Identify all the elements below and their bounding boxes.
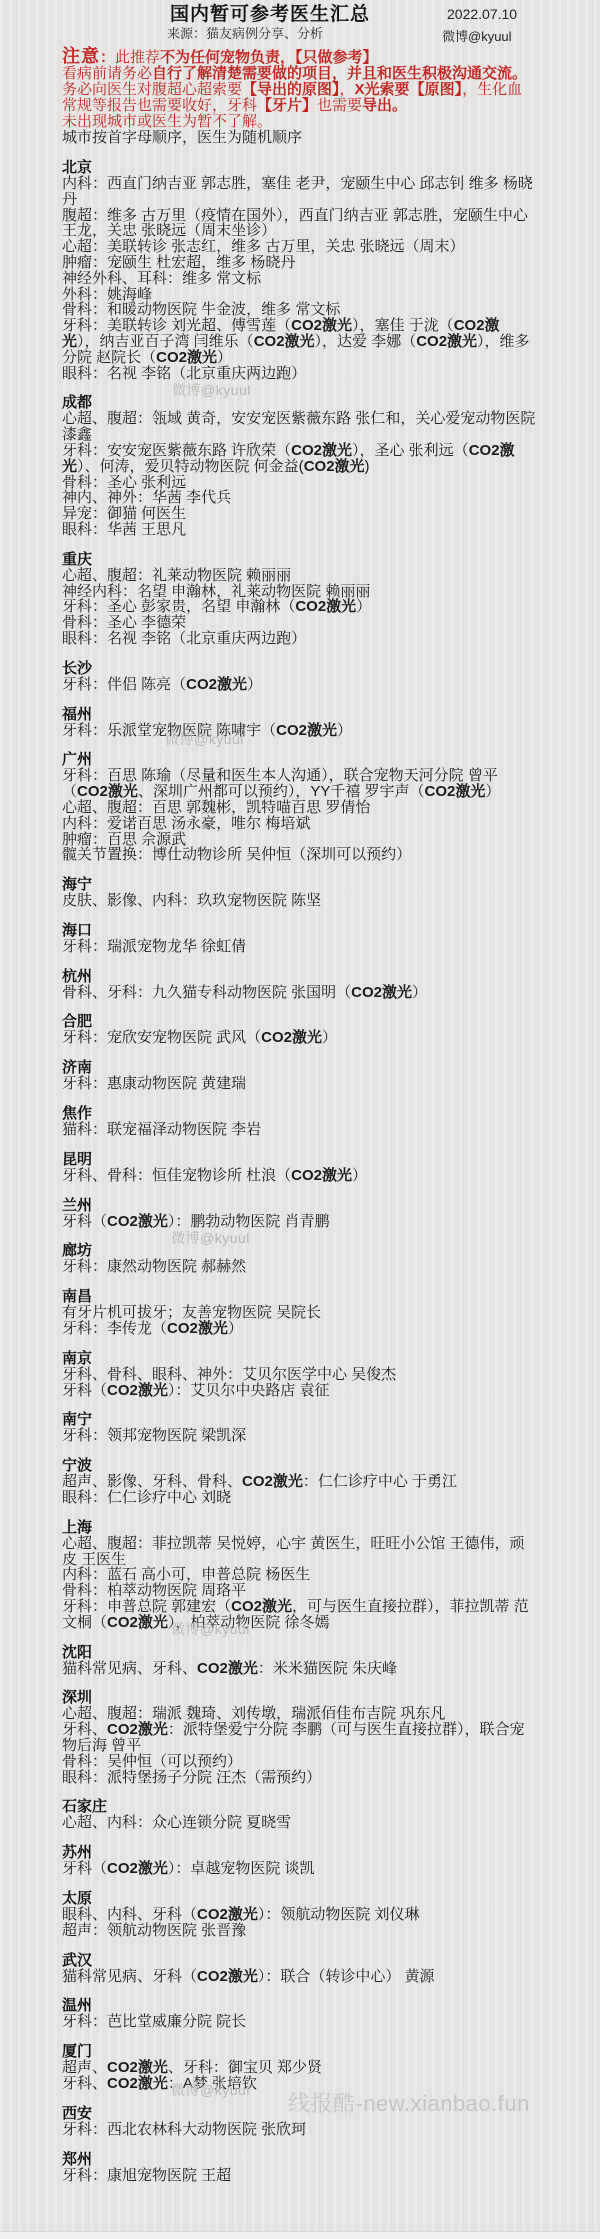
- doctor-line: 心超、腹超：百思 郭魏彬，凯特喵百思 罗倩怡: [62, 800, 536, 816]
- doctor-line: 猫科常见病、牙科（CO2激光）：联合（转诊中心） 黄源: [62, 1969, 536, 1985]
- doctor-line: 内科：西直门纳吉亚 郭志胜，塞佳 老尹，宠颐生中心 邱志钊 维多 杨晓丹: [62, 176, 536, 208]
- doctor-line: 牙科（CO2激光）：艾贝尔中央路店 袁征: [62, 1383, 536, 1399]
- city-section: 昆明牙科、骨科：恒佳宠物诊所 杜浪（CO2激光）: [62, 1152, 536, 1184]
- notice-paragraph: 未出现城市或医生为暂不了解。: [62, 114, 536, 130]
- city-section: 石家庄心超、内科：众心连锁分院 夏晓雪: [62, 1799, 536, 1831]
- doctor-line: 有牙片机可拔牙；友善宠物医院 吴院长: [62, 1305, 536, 1321]
- doctor-line: 心超、腹超：礼莱动物医院 赖丽丽: [62, 568, 536, 584]
- city-section: 武汉猫科常见病、牙科（CO2激光）：联合（转诊中心） 黄源: [62, 1953, 536, 1985]
- city-section: 成都心超、腹超：瓴域 黄奇，安安宠医紫薇东路 张仁和，关心爱宠动物医院 漆鑫牙科…: [62, 395, 536, 537]
- notice: 注意：此推荐不为任何宠物负责，【只做参考】看病前请务必自行了解清楚需要做的项目，…: [62, 48, 536, 130]
- sort-note: 城市按首字母顺序，医生为随机顺序: [62, 130, 536, 146]
- doctor-line: 牙科：领邦宠物医院 梁凯深: [62, 1428, 536, 1444]
- doctor-line: 内科：爱诺百思 汤永豪，唯尔 梅培斌: [62, 816, 536, 832]
- doctor-line: 牙科：惠康动物医院 黄建瑞: [62, 1076, 536, 1092]
- doctor-line: 眼科：派特堡扬子分院 汪杰（需预约）: [62, 1770, 536, 1786]
- city-name: 成都: [62, 395, 536, 411]
- notice-text: 务必向医生对腹超心超索要: [62, 81, 242, 98]
- doctor-line: 牙科：西北农林科大动物医院 张欣珂: [62, 2122, 536, 2138]
- doctor-line: 心超：美联转诊 张志红，维多 古万里，关忠 张晓远（周末）: [62, 239, 536, 255]
- doctor-line: 神经外科、耳科：维多 常文标: [62, 271, 536, 287]
- city-name: 海宁: [62, 877, 536, 893]
- doctor-line: 牙科：李传龙（CO2激光）: [62, 1321, 536, 1337]
- doctor-line: 骨科、牙科：九久猫专科动物医院 张国明（CO2激光）: [62, 985, 536, 1001]
- doctor-line: 神内、神外：华茜 李代兵: [62, 490, 536, 506]
- doctor-line: 骨科：吴仲恒（可以预约）: [62, 1754, 536, 1770]
- city-section: 西安牙科：西北农林科大动物医院 张欣珂: [62, 2106, 536, 2138]
- doctor-line: 心超、腹超：瓴域 黄奇，安安宠医紫薇东路 张仁和，关心爱宠动物医院 漆鑫: [62, 411, 536, 443]
- doctor-line: 皮肤、影像、内科：玖玖宠物医院 陈坚: [62, 893, 536, 909]
- doctor-line: 骨科：圣心 张利远: [62, 475, 536, 491]
- notice-text: ，: [340, 81, 355, 98]
- city-section: 福州牙科：乐派堂宠物医院 陈啸宇（CO2激光）: [62, 707, 536, 739]
- city-section: 郑州牙科：康旭宠物医院 王超: [62, 2152, 536, 2184]
- doctor-line: 内科：蓝石 高小可，申普总院 杨医生: [62, 1567, 536, 1583]
- city-name: 广州: [62, 752, 536, 768]
- city-name: 南京: [62, 1351, 536, 1367]
- doctor-line: 牙科：康然动物医院 郝赫然: [62, 1259, 536, 1275]
- city-section: 海宁皮肤、影像、内科：玖玖宠物医院 陈坚: [62, 877, 536, 909]
- doctor-line: 猫科常见病、牙科、CO2激光：米米猫医院 朱庆峰: [62, 1661, 536, 1677]
- city-section: 海口牙科：瑞派宠物龙华 徐虹倩: [62, 923, 536, 955]
- city-section: 廊坊牙科：康然动物医院 郝赫然: [62, 1243, 536, 1275]
- doctor-line: 超声、CO2激光、牙科：御宝贝 郑少贤: [62, 2060, 536, 2076]
- city-section: 焦作猫科：联宠福泽动物医院 李岩: [62, 1106, 536, 1138]
- doctor-line: 肿瘤：百思 佘源武: [62, 832, 536, 848]
- city-name: 南昌: [62, 1289, 536, 1305]
- doctor-line: 牙科：康旭宠物医院 王超: [62, 2168, 536, 2184]
- bottom-strip: [0, 2231, 600, 2239]
- city-name: 温州: [62, 1998, 536, 2014]
- doctor-line: 牙科：宠欣安宠物医院 武风（CO2激光）: [62, 1030, 536, 1046]
- cities: 北京内科：西直门纳吉亚 郭志胜，塞佳 老尹，宠颐生中心 邱志钊 维多 杨晓丹腹超…: [62, 160, 536, 2183]
- doctor-line: 牙科、CO2激光：派特堡爱宁分院 李鹏（可与医生直接拉群），联合宠物后海 曾平: [62, 1722, 536, 1754]
- content: 注意：此推荐不为任何宠物负责，【只做参考】看病前请务必自行了解清楚需要做的项目，…: [0, 48, 600, 2183]
- city-section: 沈阳猫科常见病、牙科、CO2激光：米米猫医院 朱庆峰: [62, 1645, 536, 1677]
- city-name: 郑州: [62, 2152, 536, 2168]
- doctor-line: 骨科：和暖动物医院 牛金波，维多 常文标: [62, 302, 536, 318]
- city-section: 杭州骨科、牙科：九久猫专科动物医院 张国明（CO2激光）: [62, 969, 536, 1001]
- notice-text: ：: [100, 49, 115, 66]
- city-name: 福州: [62, 707, 536, 723]
- doctor-line: 骨科：圣心 李德荣: [62, 615, 536, 631]
- doctor-line: 眼科：名视 李铭（北京重庆两边跑）: [62, 631, 536, 647]
- doctor-line: 肿瘤：宠颐生 杜宏超，维多 杨晓丹: [62, 255, 536, 271]
- notice-text: 导出。: [362, 97, 407, 114]
- notice-text: 【牙片】: [257, 97, 317, 114]
- header: 国内暂可参考医生汇总 2022.07.10 来源：猫友病例分享、分析 微博@ky…: [0, 0, 600, 48]
- notice-text: 此推荐: [115, 49, 160, 66]
- city-name: 西安: [62, 2106, 536, 2122]
- city-name: 济南: [62, 1060, 536, 1076]
- notice-text: 【原图】: [410, 81, 463, 98]
- city-name: 宁波: [62, 1458, 536, 1474]
- doctor-line: 异宠：御猫 何医生: [62, 506, 536, 522]
- city-section: 济南牙科：惠康动物医院 黄建瑞: [62, 1060, 536, 1092]
- doctor-line: 牙科：申普总院 郭建宏（CO2激光，可与医生直接拉群），菲拉凯蒂 范文桐（CO2…: [62, 1599, 536, 1631]
- notice-paragraph: 看病前请务必自行了解清楚需要做的项目，并且和医生积极沟通交流。务必向医生对腹超心…: [62, 66, 536, 114]
- doctor-line: 心超、内科：众心连锁分院 夏晓雪: [62, 1815, 536, 1831]
- city-section: 长沙牙科：伴侣 陈亮（CO2激光）: [62, 661, 536, 693]
- doctor-line: 眼科、内科、牙科（CO2激光）：领航动物医院 刘仪琳: [62, 1907, 536, 1923]
- city-name: 海口: [62, 923, 536, 939]
- city-name: 焦作: [62, 1106, 536, 1122]
- city-name: 厦门: [62, 2044, 536, 2060]
- doctor-line: 超声、影像、牙科、骨科、CO2激光：仁仁诊疗中心 于勇江: [62, 1474, 536, 1490]
- city-name: 昆明: [62, 1152, 536, 1168]
- city-section: 重庆心超、腹超：礼莱动物医院 赖丽丽神经内科：名望 申瀚林，礼莱动物医院 赖丽丽…: [62, 552, 536, 647]
- notice-paragraph: 注意：此推荐不为任何宠物负责，【只做参考】: [62, 48, 536, 66]
- city-name: 苏州: [62, 1845, 536, 1861]
- city-section: 北京内科：西直门纳吉亚 郭志胜，塞佳 老尹，宠颐生中心 邱志钊 维多 杨晓丹腹超…: [62, 160, 536, 381]
- city-section: 苏州牙科（CO2激光）：卓越宠物医院 谈凯: [62, 1845, 536, 1877]
- city-name: 兰州: [62, 1198, 536, 1214]
- notice-text: 【导出的原图】: [242, 81, 340, 98]
- page: 国内暂可参考医生汇总 2022.07.10 来源：猫友病例分享、分析 微博@ky…: [0, 0, 600, 2239]
- doctor-line: 髋关节置换：博仕动物诊所 吴仲恒（深圳可以预约）: [62, 847, 536, 863]
- notice-text: 自行了解清楚需要做的项目，并且和医生积极沟通交流。: [152, 65, 527, 82]
- doctor-line: 牙科（CO2激光）：鹏勃动物医院 肖青鹏: [62, 1214, 536, 1230]
- city-name: 沈阳: [62, 1645, 536, 1661]
- doctor-line: 牙科（CO2激光）：卓越宠物医院 谈凯: [62, 1861, 536, 1877]
- notice-text: 注意: [62, 46, 100, 66]
- doctor-line: 神经内科：名望 申瀚林，礼莱动物医院 赖丽丽: [62, 584, 536, 600]
- doctor-line: 牙科：百思 陈瑜（尽量和医生本人沟通），联合宠物天河分院 曾平（CO2激光、深圳…: [62, 768, 536, 800]
- city-section: 合肥牙科：宠欣安宠物医院 武风（CO2激光）: [62, 1014, 536, 1046]
- notice-text: 不为任何宠物负责，: [160, 49, 295, 66]
- city-name: 石家庄: [62, 1799, 536, 1815]
- city-name: 上海: [62, 1520, 536, 1536]
- city-name: 武汉: [62, 1953, 536, 1969]
- doctor-line: 牙科：圣心 彭家贵，名望 申瀚林（CO2激光）: [62, 599, 536, 615]
- city-section: 上海心超、腹超：菲拉凯蒂 吴悦婷，心宇 黄医生，旺旺小公馆 王德伟，顽皮 王医生…: [62, 1520, 536, 1631]
- notice-text: X光索要: [355, 81, 410, 98]
- notice-text: 未出现城市或医生为暂不了解。: [62, 113, 272, 130]
- doctor-line: 牙科、骨科：恒佳宠物诊所 杜浪（CO2激光）: [62, 1168, 536, 1184]
- weibo-handle: 微博@kyuul: [442, 26, 512, 45]
- doctor-line: 眼科：仁仁诊疗中心 刘晓: [62, 1490, 536, 1506]
- city-section: 宁波超声、影像、牙科、骨科、CO2激光：仁仁诊疗中心 于勇江眼科：仁仁诊疗中心 …: [62, 1458, 536, 1506]
- doctor-line: 腹超：维多 古万里（疫情在国外），西直门纳吉亚 郭志胜，宠颐生中心 王龙，关忠 …: [62, 208, 536, 240]
- doctor-line: 牙科：安安宠医紫薇东路 许欣荣（CO2激光），圣心 张利远（CO2激光）、何涛，…: [62, 443, 536, 475]
- city-section: 厦门超声、CO2激光、牙科：御宝贝 郑少贤牙科、CO2激光：A梦 张培钦: [62, 2044, 536, 2092]
- city-name: 太原: [62, 1891, 536, 1907]
- city-section: 南昌有牙片机可拔牙；友善宠物医院 吴院长牙科：李传龙（CO2激光）: [62, 1289, 536, 1337]
- city-section: 温州牙科：芭比堂威廉分院 院长: [62, 1998, 536, 2030]
- doctor-line: 牙科、CO2激光：A梦 张培钦: [62, 2076, 536, 2092]
- doctor-line: 眼科：华茜 王思凡: [62, 522, 536, 538]
- city-section: 太原眼科、内科、牙科（CO2激光）：领航动物医院 刘仪琳超声：领航动物医院 张晋…: [62, 1891, 536, 1939]
- doctor-line: 牙科：瑞派宠物龙华 徐虹倩: [62, 939, 536, 955]
- city-section: 深圳心超、腹超：瑞派 魏琦、刘传墩，瑞派佰佳布吉院 巩东凡牙科、CO2激光：派特…: [62, 1690, 536, 1785]
- city-name: 重庆: [62, 552, 536, 568]
- notice-text: 【只做参考】: [295, 49, 378, 66]
- doctor-line: 牙科：乐派堂宠物医院 陈啸宇（CO2激光）: [62, 723, 536, 739]
- city-name: 杭州: [62, 969, 536, 985]
- city-section: 南宁牙科：领邦宠物医院 梁凯深: [62, 1412, 536, 1444]
- doctor-line: 眼科：名视 李铭（北京重庆两边跑）: [62, 366, 536, 382]
- city-section: 广州牙科：百思 陈瑜（尽量和医生本人沟通），联合宠物天河分院 曾平（CO2激光、…: [62, 752, 536, 863]
- doctor-line: 猫科：联宠福泽动物医院 李岩: [62, 1122, 536, 1138]
- notice-text: 也需要: [317, 97, 362, 114]
- doctor-line: 牙科：伴侣 陈亮（CO2激光）: [62, 677, 536, 693]
- doctor-line: 骨科：柏萃动物医院 周珞平: [62, 1583, 536, 1599]
- doctor-line: 心超、腹超：菲拉凯蒂 吴悦婷，心宇 黄医生，旺旺小公馆 王德伟，顽皮 王医生: [62, 1536, 536, 1568]
- city-name: 北京: [62, 160, 536, 176]
- doctor-line: 心超、腹超：瑞派 魏琦、刘传墩，瑞派佰佳布吉院 巩东凡: [62, 1706, 536, 1722]
- city-section: 南京牙科、骨科、眼科、神外：艾贝尔医学中心 吴俊杰牙科（CO2激光）：艾贝尔中央…: [62, 1351, 536, 1399]
- doctor-line: 超声：领航动物医院 张晋豫: [62, 1923, 536, 1939]
- city-section: 兰州牙科（CO2激光）：鹏勃动物医院 肖青鹏: [62, 1198, 536, 1230]
- page-date: 2022.07.10: [447, 6, 517, 22]
- doctor-line: 外科：姚海峰: [62, 287, 536, 303]
- city-name: 长沙: [62, 661, 536, 677]
- doctor-line: 牙科：美联转诊 刘光超、傅雪莲（CO2激光），塞佳 于泷（CO2激光），纳吉亚百…: [62, 318, 536, 365]
- notice-text: 看病前请务必: [62, 65, 152, 82]
- doctor-line: 牙科：芭比堂威廉分院 院长: [62, 2014, 536, 2030]
- doctor-line: 牙科、骨科、眼科、神外：艾贝尔医学中心 吴俊杰: [62, 1367, 536, 1383]
